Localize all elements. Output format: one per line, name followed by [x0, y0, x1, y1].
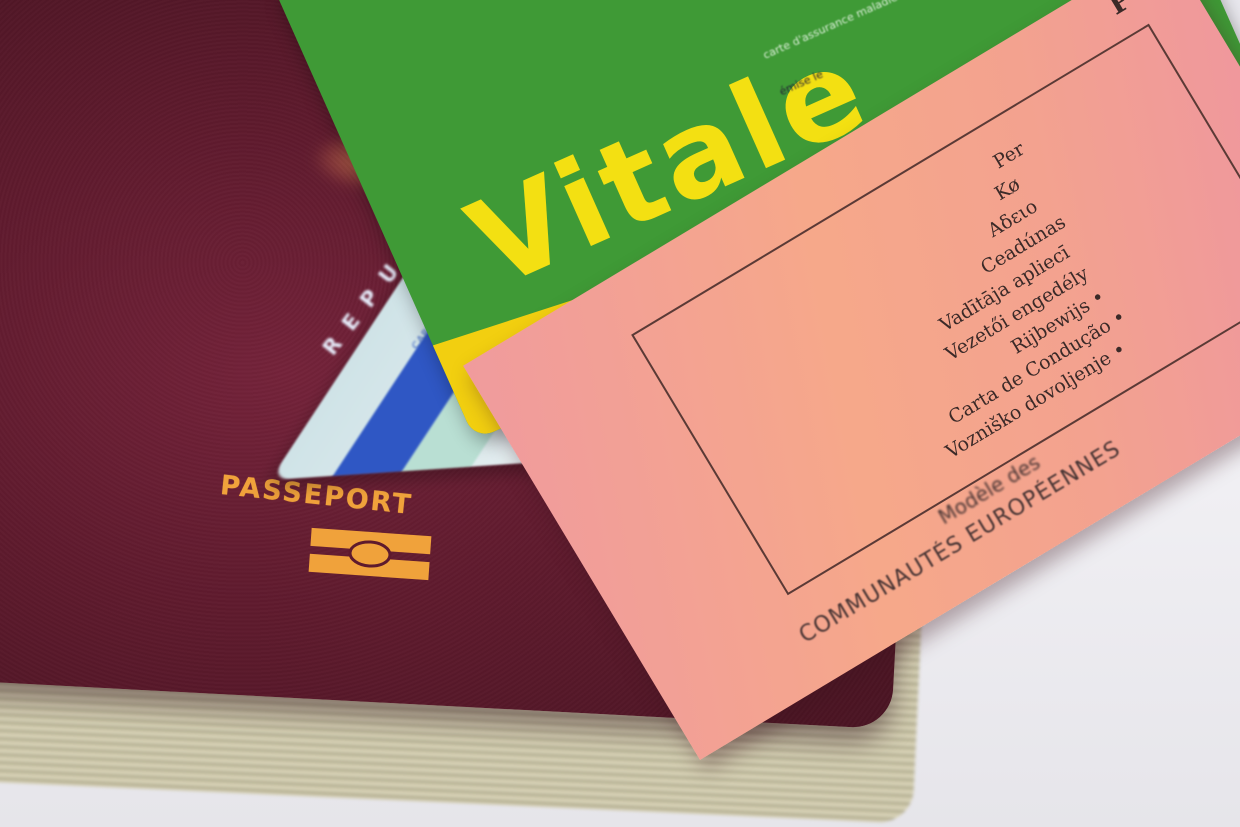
- photo-scene: PASSEPORT REPUBLIQUE CARTE NATIONALE D'I…: [0, 0, 1240, 827]
- biometric-chip-icon: [304, 526, 435, 583]
- licence-title: P: [1103, 0, 1138, 21]
